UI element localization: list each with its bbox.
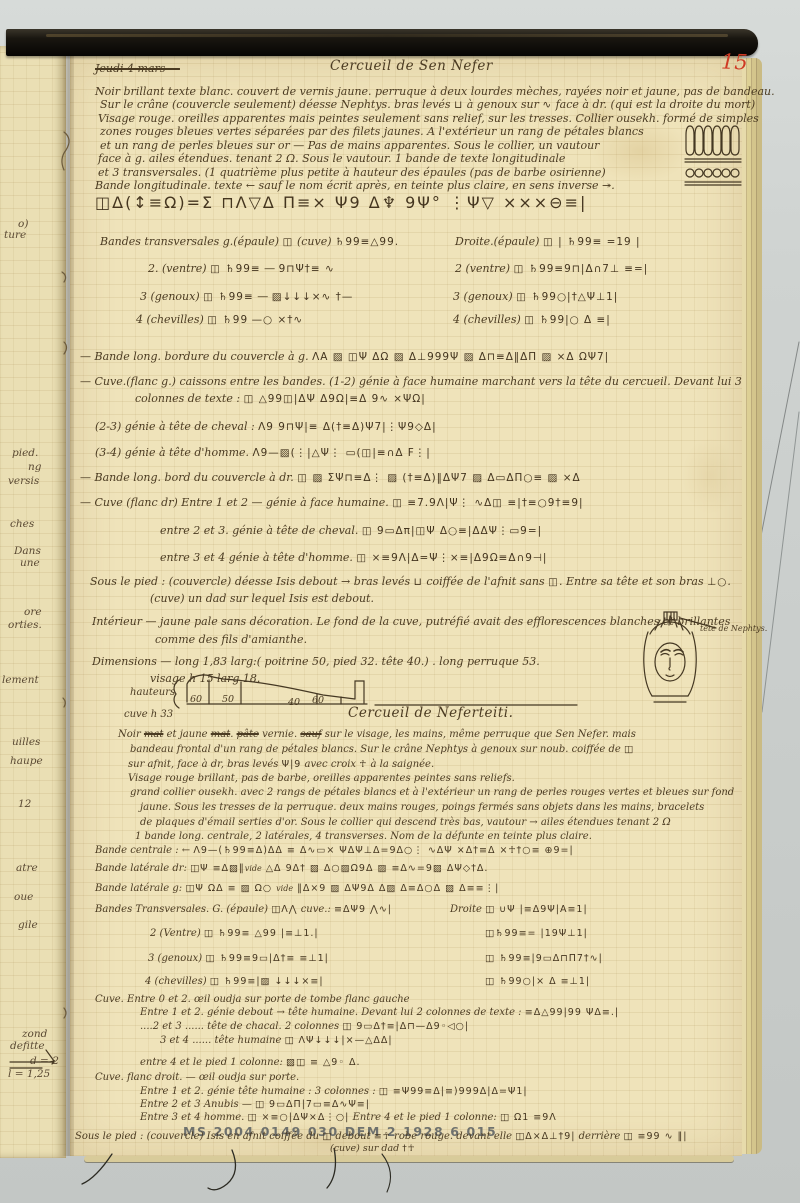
text-run: Entre 4 et le pied 1 colonne:	[349, 1112, 500, 1123]
hieroglyph-run: ◫ 9▭Δ†≡|Δ⊓—Δ9◦◁○|	[342, 1021, 469, 1032]
hieroglyph-run: △Δ 9Δ† ▨ Δ○▨Ω9Δ ▨ ≡Δ∿=9▨ ΔΨ◇†Δ.	[262, 863, 489, 874]
text-run: .	[727, 575, 731, 588]
line-cuve-d3: Entre 2 et 3 Anubis — ◫ 9▭ΔΠ|7▭≡Δ∿Ψ≡|	[140, 1098, 370, 1111]
hieroglyph-run: ◫	[624, 744, 634, 755]
hieroglyph-run: ◫ Ω1 ≡9Λ	[500, 1112, 557, 1123]
line-flanc-dr-23: entre 2 et 3. génie à tête de cheval. ◫ …	[160, 524, 542, 538]
line-cuve-dad: (cuve) sur dad †☥	[330, 1142, 416, 1156]
text-run: Droite.(épaule)	[455, 235, 543, 248]
hieroglyph-run: ◫ ≡7.9Λ|Ψ⋮ ∿Δ◫ ≡|†≡○9†≡9|	[392, 497, 583, 509]
notebook-page	[70, 56, 742, 1156]
hieroglyph-run: ◫	[283, 236, 294, 248]
line-tg4-left: 4 (chevilles) ◫ ♄99≡|▨ ↓↓↓×≡|	[145, 975, 324, 988]
line-cuve-d4: Entre 3 et 4 homme. ◫ ×≡○|ΔΨ×Δ⋮○| Entre …	[140, 1111, 557, 1124]
text-run: 3 et 4 ...... tête humaine	[160, 1035, 285, 1046]
margin-fragment: Dans	[14, 545, 41, 557]
hieroglyph-run: ▨◫ ≡ △9◦ Δ.	[286, 1057, 360, 1068]
line-n7: de plaques d'émail serties d'or. Sous le…	[140, 816, 671, 829]
hieroglyph-run: Λ9—(♄99≡Δ)ΔΔ ≡ Δ∿▭× ΨΔΨ⊥Δ=9Δ○⋮ ∿ΔΨ ×Δ†≡Δ…	[193, 845, 573, 856]
text-run: Bande centrale : ←	[95, 845, 193, 856]
line-cuve-g5: entre 4 et le pied 1 colonne: ▨◫ ≡ △9◦ Δ…	[140, 1056, 360, 1069]
hieroglyph-run: Ψ|9	[282, 759, 302, 770]
line-bande-centrale: Bande centrale : ← Λ9—(♄99≡Δ)ΔΔ ≡ Δ∿▭× Ψ…	[95, 844, 574, 857]
hieroglyph-run: ◫ ♄99≡9▭|Δ†≡ ≡⊥1|	[205, 953, 329, 964]
line-sous-pied-2: (cuve) un dad sur lequel Isis est debout…	[150, 592, 374, 605]
hieroglyph-run: ΛΑ ▨ ◫Ψ ΔΩ ▨ Δ⊥999Ψ ▨ Δ⊓≡Δ‖ΔΠ ▨ ×Δ ΩΨ7|	[312, 351, 609, 363]
text-run: Entre 1 et 2. génie debout → tête humain…	[140, 1007, 525, 1018]
text-run: Sous le pied : (couvercle) déesse Isis d…	[90, 575, 414, 588]
margin-fragment: uilles	[12, 736, 40, 748]
margin-fragment: oue	[14, 891, 33, 903]
scanned-notebook-photo: 15 Jeudi 4 mars — Cercueil de Sen Nefer …	[0, 0, 800, 1203]
line-cuve-d2: Entre 1 et 2. génie tête humaine : 3 col…	[140, 1085, 528, 1098]
text-run: Droite	[450, 904, 485, 915]
text-run: (3-4) génie à tête d'homme.	[95, 446, 253, 459]
band-row2-left: 2. (ventre) ◫ ♄99≡ — 9⊓Ψ†≡ ∿	[148, 262, 335, 276]
text-run: 2. (ventre)	[148, 262, 210, 275]
struck-date: Jeudi 4 mars —	[95, 62, 180, 75]
text-run: Sous le pied : (couvercle) Isis en afnit…	[75, 1131, 322, 1142]
hieroglyph-run: ◫ ♄99≡	[210, 263, 261, 275]
margin-fragment: une	[20, 557, 40, 569]
line-n1: Noir mat et jaune mat. pâte vernie. sauf…	[118, 728, 636, 741]
text-run: Visage rouge. oreilles apparentes mais p…	[98, 112, 759, 125]
hieroglyph-run: ◫ ♄99≡ △99 |≡⊥1.|	[204, 928, 319, 939]
hieroglyph-run: ◫ ♄99○|†△Ψ⊥1|	[516, 291, 618, 303]
line-flanc-dr-34: entre 3 et 4 génie à tête d'homme. ◫ ×≡9…	[160, 551, 547, 565]
hieroglyph-run: ◫	[548, 576, 559, 588]
page-title: Cercueil de Sen Nefer	[330, 60, 493, 73]
text-run: 4 (chevilles)	[453, 313, 524, 326]
margin-fragment: ore	[24, 606, 42, 618]
text-run: Bande longitudinale. texte ← sauf le nom…	[95, 179, 615, 192]
text-run: à genoux sur	[463, 98, 542, 111]
text-run: Noir	[118, 729, 144, 740]
text-run: 4 (chevilles)	[145, 976, 210, 987]
text-run: Visage rouge brillant, pas de barbe, ore…	[128, 773, 515, 784]
hieroglyph-run: ◫ | ♄99≡ =19 |	[543, 236, 641, 248]
band-row2-right: 2 (ventre) ◫ ♄99≡9⊓|Δ∩7⊥ ≡=|	[455, 262, 648, 276]
struck-word: mat	[144, 729, 163, 740]
hieroglyph-run: ◫ ♄99≡|▨ ↓↓↓×≡|	[210, 976, 324, 987]
line-tg2-right: ◫♄99≡= |19Ψ⊥1|	[485, 927, 588, 940]
struck-word: mat	[211, 729, 230, 740]
hieroglyph-run: ◫ 9▭Δπ|◫Ψ Δ○≡|ΔΔΨ⋮▭9=|	[362, 525, 542, 537]
hieroglyph-run: ⊔	[414, 576, 423, 588]
hieroglyph-run: —○ ×†∿	[252, 314, 304, 326]
hieroglyph-run: ◫	[322, 1131, 332, 1142]
line-i5: et un rang de perles bleues sur or — Pas…	[100, 139, 599, 152]
line-bordure-g: — Bande long. bordure du couvercle à g. …	[80, 350, 609, 364]
margin-fragment: zond	[22, 1028, 47, 1040]
margin-fragment: ches	[10, 518, 34, 530]
text-run: — Cuve (flanc dr) Entre 1 et 2 — génie à…	[80, 496, 392, 509]
profile-num-1: 60	[190, 694, 202, 705]
text-run: Dimensions — long 1,83 larg:( poitrine 5…	[92, 655, 540, 668]
profile-num-2: 50	[222, 694, 234, 705]
text-run: entre 2 et 3. génie à tête de cheval.	[160, 524, 362, 537]
line-i3: Visage rouge. oreilles apparentes mais p…	[98, 112, 759, 125]
hieroglyph-run: ◫ ♄99≡|9▭Δ⊓Π7†∿|	[485, 953, 603, 964]
text-run: 1 bande long. centrale, 2 latérales, 4 t…	[135, 831, 592, 842]
hieroglyph-run: ⊥○	[707, 576, 727, 588]
second-title: Cercueil de Neferteiti.	[348, 707, 513, 720]
line-i8: Bande longitudinale. texte ← sauf le nom…	[95, 179, 615, 192]
margin-fragment: ture	[4, 229, 26, 241]
band-row3-left: 3 (genoux) ◫ ♄99≡ — ▨↓↓↓×∿ †—	[140, 290, 353, 304]
text-run: —	[261, 262, 279, 275]
hieroglyph-run: ◫ ♄99≡9⊓|Δ∩7⊥ ≡=|	[514, 263, 649, 275]
hieroglyph-run: ≡Δ△99|99 ΨΔ≡.|	[525, 1007, 619, 1018]
profile-num-3: 40	[288, 697, 300, 708]
text-run: Bande latérale g:	[95, 883, 185, 894]
text-run: (cuve)	[293, 235, 335, 248]
line-tg1-right: Droite ◫ ∪Ψ |≡Δ9Ψ|Α≡1|	[450, 903, 588, 916]
text-run: debout	[332, 1131, 374, 1142]
text-run: et 3 transversales. (1 quatrième plus pe…	[98, 166, 606, 179]
band-row1-left: Bandes transversales g.(épaule) ◫ (cuve)…	[100, 235, 399, 249]
band-row4-left: 4 (chevilles) ◫ ♄99 —○ ×†∿	[136, 313, 303, 327]
line-i4: zones rouges bleues vertes séparées par …	[100, 125, 644, 138]
hieroglyph-run: ◫Δ×Δ⊥†9|	[515, 1131, 575, 1142]
text-run: et jaune	[163, 729, 210, 740]
text-run: 2 (Ventre)	[150, 928, 204, 939]
line-cuve-g4: 3 et 4 ...... tête humaine ◫ ΛΨ↓↓↓|×—△ΔΔ…	[160, 1034, 393, 1047]
line-genie-2-3: (2-3) génie à tête de cheval : Λ9 9⊓Ψ|≡ …	[95, 420, 437, 434]
margin-fragment: ng	[28, 461, 41, 473]
hieroglyph-run: ◫ ≡99 ∿ ‖|	[624, 1131, 688, 1142]
text-run: colonnes de texte :	[135, 392, 244, 405]
hieroglyph-run: ◫ 9▭ΔΠ|7▭≡Δ∿Ψ≡|	[255, 1099, 370, 1110]
text-run: ....2 et 3 ...... tête de chacal. 2 colo…	[140, 1021, 342, 1032]
line-bande-laterale-g: Bande latérale g: ◫Ψ ΩΔ ≡ ▨ Ω○ vide ‖Δ×9…	[95, 882, 499, 895]
text-run: Noir brillant texte blanc. couvert de ve…	[95, 85, 775, 98]
text-run: face à dr. (qui est la droite du mort)	[552, 98, 755, 111]
hieroglyph-run: ◫ △99◫|ΔΨ Δ9Ω|≡Δ 9∿ ×ΨΩ|	[244, 393, 426, 405]
struck-word: pâte	[237, 729, 259, 740]
line-n2: bandeau frontal d'un rang de pétales bla…	[130, 743, 634, 756]
line-bande-laterale-dr: Bande latérale dr: ◫Ψ ≡Δ▨‖vide △Δ 9Δ† ▨ …	[95, 862, 488, 875]
text-run: Bandes transversales g.(épaule)	[100, 235, 283, 248]
margin-fragment: pied.	[12, 447, 38, 459]
text-run: — Bande long. bord du couvercle à dr.	[80, 471, 297, 484]
text-run: cuve.:	[298, 904, 335, 915]
hieroglyph-run: ◫Λ⋀	[271, 904, 297, 915]
hieroglyph-run: †☥	[402, 1144, 415, 1154]
line-tg3-left: 3 (genoux) ◫ ♄99≡9▭|Δ†≡ ≡⊥1|	[148, 952, 329, 965]
text-run: vernie.	[259, 729, 300, 740]
text-run: (cuve) sur dad	[330, 1143, 402, 1154]
text-run: sur le visage, les mains, même perruque …	[322, 729, 636, 740]
line-tg3-right: ◫ ♄99≡|9▭Δ⊓Π7†∿|	[485, 952, 603, 965]
loose-threads	[60, 1148, 480, 1202]
text-run: Entre 3 et 4 homme.	[140, 1112, 248, 1123]
hieroglyph-run: ◫ ≡Ψ99≡Δ|≡)999Δ|Δ=Ψ1|	[379, 1086, 528, 1097]
hieroglyph-run: ∿	[542, 99, 552, 111]
line-tg1-left: Bandes Transversales. G. (épaule) ◫Λ⋀ cu…	[95, 903, 392, 916]
text-run: avec croix	[301, 759, 359, 770]
text-run: 3 (genoux)	[140, 290, 203, 303]
line-genie-3-4: (3-4) génie à tête d'homme. Λ9—▨(⋮|△Ψ⋮ ▭…	[95, 446, 431, 460]
margin-fragment: gile	[18, 919, 38, 931]
nephthys-label: tête de Nephtys.	[700, 624, 767, 633]
text-run: grand collier ousekh. avec 2 rangs de pé…	[130, 787, 734, 798]
line-cuve-g-intro: — Cuve.(flanc g.) caissons entre les ban…	[80, 375, 742, 388]
hieroglyph-run: ◫ ♄99○|× Δ ≡⊥1|	[485, 976, 590, 987]
hieroglyph-run: ♄99≡△99.	[335, 236, 399, 248]
band-row3-right: 3 (genoux) ◫ ♄99○|†△Ψ⊥1|	[453, 290, 618, 304]
hieroglyph-run: ◫Δ(↕≡Ω)=Σ ⊓Λ▽Δ Π≡× Ψ9 Δ♆ 9Ψ° ⋮Ψ▽ ×××⊖≡|	[95, 193, 587, 212]
line-n3: sur afnit, face à dr, bras levés Ψ|9 ave…	[128, 758, 434, 771]
text-run: —	[254, 290, 272, 303]
margin-fragment: lement	[2, 674, 39, 686]
text-run: 3 (genoux)	[453, 290, 516, 303]
hieroglyph-run: 9⊓Ψ†≡ ∿	[279, 263, 335, 275]
line-i2: Sur le crâne (couvercle seulement) déess…	[100, 98, 755, 112]
hieroglyph-main-line: ◫Δ(↕≡Ω)=Σ ⊓Λ▽Δ Π≡× Ψ9 Δ♆ 9Ψ° ⋮Ψ▽ ×××⊖≡|	[95, 196, 587, 211]
text-run: jaune. Sous les tresses de la perruque. …	[140, 802, 704, 813]
text-run: Cuve. flanc droit. — œil oudja sur porte…	[95, 1072, 299, 1083]
line-bord-dr: — Bande long. bord du couvercle à dr. ◫ …	[80, 471, 581, 485]
text-run: comme des fils d'amianthe.	[155, 633, 307, 646]
line-dimensions: Dimensions — long 1,83 larg:( poitrine 5…	[92, 655, 540, 668]
line-n8: 1 bande long. centrale, 2 latérales, 4 t…	[135, 830, 592, 843]
text-run: coiffée de l'afnit sans	[423, 575, 548, 588]
hieroglyph-run: ≡☥	[374, 1131, 391, 1142]
line-interieur-2: comme des fils d'amianthe.	[155, 633, 307, 646]
hieroglyph-run: ⊔	[454, 99, 463, 111]
hieroglyph-run: ◫ ×≡9Λ|Δ=Ψ⋮×≡|Δ9Ω≡Δ∩9⊣|	[356, 552, 547, 564]
hieroglyph-run: Λ9—▨(⋮|△Ψ⋮ ▭(◫|≡∩Δ F⋮|	[253, 447, 431, 459]
text-run: et un rang de perles bleues sur or — Pas…	[100, 139, 599, 152]
line-sous-pied-1: Sous le pied : (couvercle) déesse Isis d…	[90, 575, 731, 589]
hieroglyph-run: ◫ ♄99|○ Δ ≡|	[524, 314, 610, 326]
text-run: de plaques d'émail serties d'or. Sous le…	[140, 817, 671, 828]
text-run: entre 4 et le pied 1 colonne:	[140, 1057, 286, 1068]
text-run: 4 (chevilles)	[136, 313, 207, 326]
page-edges	[742, 58, 762, 1154]
text-run: sur afnit, face à dr, bras levés	[128, 759, 282, 770]
text-run: zones rouges bleues vertes séparées par …	[100, 125, 644, 138]
margin-fragment: versis	[8, 475, 39, 487]
band-row4-right: 4 (chevilles) ◫ ♄99|○ Δ ≡|	[453, 313, 611, 327]
facing-page-sketch	[2, 1046, 60, 1086]
inline-note: vide	[276, 884, 293, 893]
text-run: Cuve. Entre 0 et 2. œil oudja sur porte …	[95, 994, 410, 1005]
text-run: (2-3) génie à tête de cheval :	[95, 420, 258, 433]
page-number: 15	[721, 50, 749, 75]
text-run: Sur le crâne (couvercle seulement) déess…	[100, 98, 454, 111]
hieroglyph-run: ◫ ♄99	[207, 314, 248, 326]
hieroglyph-run: ◫Ψ ≡Δ▨‖	[190, 863, 245, 874]
text-run: — Bande long. bordure du couvercle à g.	[80, 350, 312, 363]
line-cuve-g3: ....2 et 3 ...... tête de chacal. 2 colo…	[140, 1020, 469, 1033]
margin-fragment: atre	[16, 862, 38, 874]
hieroglyph-run: ◫ ▨ ΣΨ⊓≡Δ⋮ ▨ (†≡Δ)‖ΔΨ7 ▨ Δ▭ΔΠ○≡ ▨ ×Δ	[297, 472, 580, 484]
hieroglyph-run: ‖Δ×9 ▨ ΔΨ9Δ Δ▨ Δ≡Δ○Δ ▨ Δ≡≡⋮|	[293, 883, 499, 894]
line-n4: Visage rouge brillant, pas de barbe, ore…	[128, 772, 515, 785]
struck-word: sauf	[300, 729, 321, 740]
band-row1-right: Droite.(épaule) ◫ | ♄99≡ =19 |	[455, 235, 641, 249]
margin-fragment: orties.	[8, 619, 42, 631]
hieroglyph-run: ◫ ♄99≡	[203, 291, 254, 303]
line-cuve-g1: Cuve. Entre 0 et 2. œil oudja sur porte …	[95, 993, 410, 1006]
text-run: Bandes Transversales. G. (épaule)	[95, 904, 271, 915]
text-run: bandeau frontal d'un rang de pétales bla…	[130, 744, 624, 755]
line-i6: face à g. ailes étendues. tenant 2 Ω. So…	[98, 152, 565, 165]
line-flanc-dr-12: — Cuve (flanc dr) Entre 1 et 2 — génie à…	[80, 496, 584, 510]
hieroglyph-run: Λ9 9⊓Ψ|≡ Δ(†≡Δ)Ψ7|⋮Ψ9◇Δ|	[258, 421, 436, 433]
hieroglyph-run: ≡ΔΨ9 ⋀∿|	[334, 904, 392, 915]
text-run: derrière	[575, 1131, 623, 1142]
hieroglyph-run: ◫ ΛΨ↓↓↓|×—△ΔΔ|	[285, 1035, 393, 1046]
text-run: Entre 2 et 3 Anubis —	[140, 1099, 255, 1110]
inline-note: vide	[245, 864, 262, 873]
line-n5: grand collier ousekh. avec 2 rangs de pé…	[130, 786, 734, 799]
hieroglyph-run: ▨↓↓↓×∿ †—	[272, 291, 354, 303]
text-run: 2 (ventre)	[455, 262, 514, 275]
line-cuve-g-cols: colonnes de texte : ◫ △99◫|ΔΨ Δ9Ω|≡Δ 9∿ …	[135, 392, 426, 406]
line-cuve-g2: Entre 1 et 2. génie debout → tête humain…	[140, 1006, 619, 1019]
line-n6: jaune. Sous les tresses de la perruque. …	[140, 801, 704, 814]
text-run: face à g. ailes étendues. tenant 2 Ω. So…	[98, 152, 565, 165]
line-i1: Noir brillant texte blanc. couvert de ve…	[95, 85, 775, 98]
text-run: (cuve) un dad sur lequel Isis est debout…	[150, 592, 374, 605]
text-run: Bande latérale dr:	[95, 863, 190, 874]
line-tg2-left: 2 (Ventre) ◫ ♄99≡ △99 |≡⊥1.|	[150, 927, 319, 940]
margin-fragment: haupe	[10, 755, 43, 767]
text-run: Entre 1 et 2. génie tête humaine : 3 col…	[140, 1086, 379, 1097]
text-run: 3 (genoux)	[148, 953, 205, 964]
text-run: entre 3 et 4 génie à tête d'homme.	[160, 551, 356, 564]
line-tg4-right: ◫ ♄99○|× Δ ≡⊥1|	[485, 975, 590, 988]
text-run: . Entre sa tête et son bras	[559, 575, 707, 588]
hieroglyph-run: ◫ ×≡○|ΔΨ×Δ⋮○|	[248, 1112, 350, 1123]
text-run: — Cuve.(flanc g.) caissons entre les ban…	[80, 375, 742, 388]
hieroglyph-run: ◫Ψ ΩΔ ≡ ▨ Ω○	[185, 883, 276, 894]
text-run: à la saignée.	[367, 759, 434, 770]
petals-beads-sketch	[684, 124, 744, 190]
profile-num-4: 60	[312, 695, 324, 706]
hieroglyph-run: ◫♄99≡= |19Ψ⊥1|	[485, 928, 588, 939]
notebook-spine	[6, 29, 758, 56]
margin-fragment: 12	[18, 798, 31, 810]
text-run: robe rouge. devant elle	[391, 1131, 515, 1142]
stitching-threads	[50, 120, 80, 1060]
line-cuve-d1: Cuve. flanc droit. — œil oudja sur porte…	[95, 1071, 299, 1084]
line-i7: et 3 transversales. (1 quatrième plus pe…	[98, 166, 606, 179]
hieroglyph-run: ◫ ∪Ψ |≡Δ9Ψ|Α≡1|	[485, 904, 588, 915]
